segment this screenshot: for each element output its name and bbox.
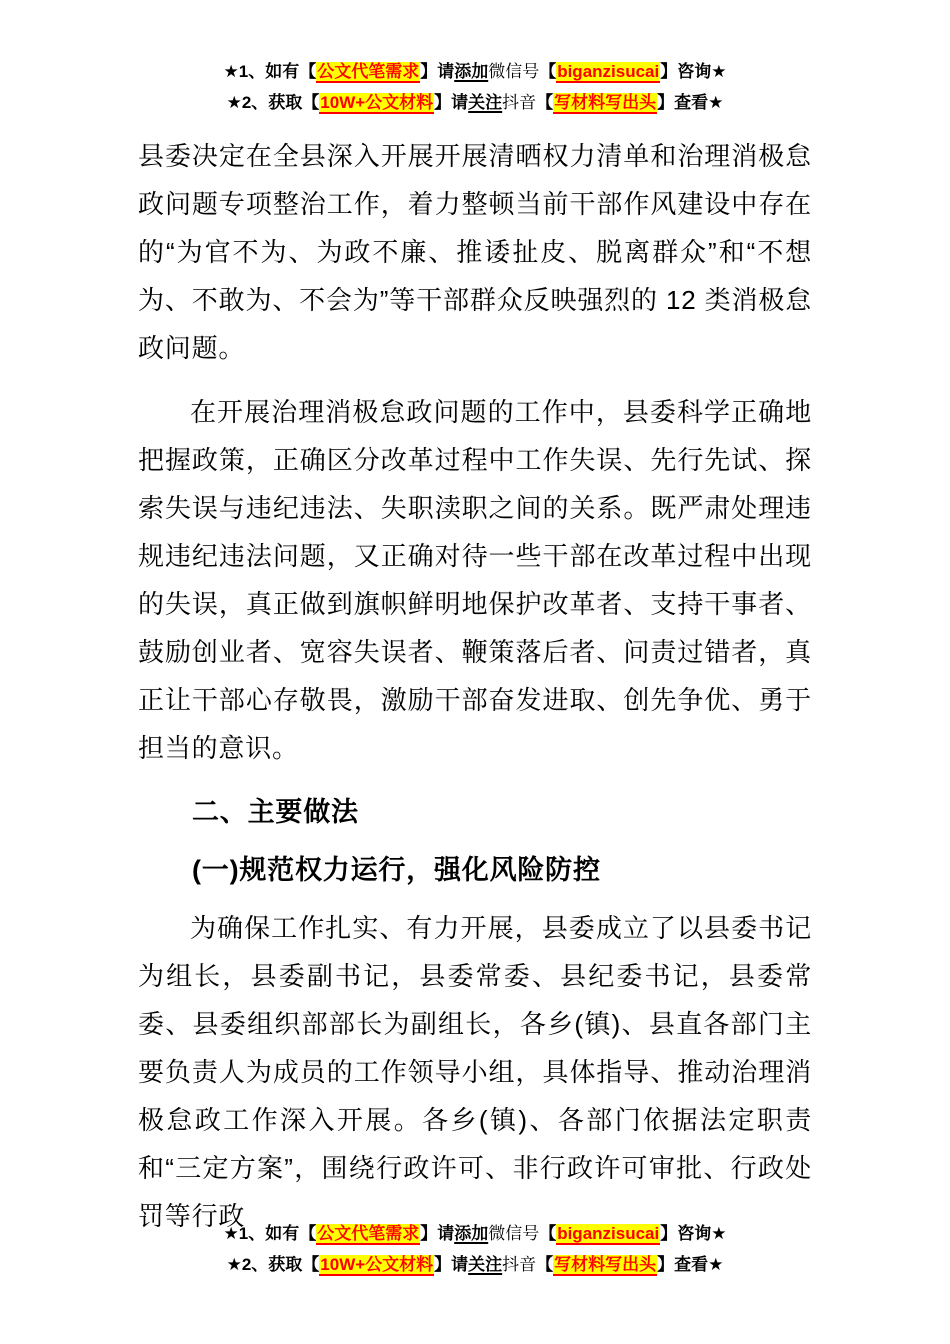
notice-text: 【 [536, 93, 553, 112]
header-notice: ★1、如有【公文代笔需求】请添加微信号【biganzisucai】咨询★★2、获… [0, 0, 950, 118]
notice-text: 】咨询★ [660, 62, 726, 81]
notice-text: 微信号 [488, 62, 539, 81]
highlighted-text: 写材料写出头 [553, 1255, 657, 1276]
notice-text: 添加 [454, 62, 488, 81]
notice-text: 抖音 [502, 93, 536, 112]
highlighted-text: 10W+公文材料 [319, 1255, 434, 1276]
notice-text: 】请 [434, 1255, 468, 1274]
notice-text: 】咨询★ [660, 1224, 726, 1243]
notice-text: 】查看★ [657, 93, 723, 112]
highlighted-text: 写材料写出头 [553, 93, 657, 114]
notice-line-2: ★2、获取【10W+公文材料】请关注抖音【写材料写出头】查看★ [0, 1249, 950, 1280]
paragraph: 县委决定在全县深入开展开展清晒权力清单和治理消极怠政问题专项整治工作，着力整顿当… [138, 132, 812, 372]
paragraph: 在开展治理消极怠政问题的工作中，县委科学正确地把握政策，正确区分改革过程中工作失… [138, 388, 812, 772]
section-heading: (一)规范权力运行，强化风险防控 [138, 846, 812, 894]
footer-notice: ★1、如有【公文代笔需求】请添加微信号【biganzisucai】咨询★★2、获… [0, 1218, 950, 1280]
highlighted-text: 10W+公文材料 [319, 93, 434, 114]
notice-text: ★1、如有【 [224, 62, 317, 81]
notice-text: 关注 [468, 93, 502, 112]
notice-text: 【 [539, 1224, 556, 1243]
notice-text: 】请 [420, 62, 454, 81]
notice-text: ★1、如有【 [224, 1224, 317, 1243]
notice-text: 添加 [454, 1224, 488, 1243]
notice-text: 【 [536, 1255, 553, 1274]
highlighted-text: 公文代笔需求 [316, 62, 420, 83]
notice-line-2: ★2、获取【10W+公文材料】请关注抖音【写材料写出头】查看★ [0, 87, 950, 118]
document-page: ★1、如有【公文代笔需求】请添加微信号【biganzisucai】咨询★★2、获… [0, 0, 950, 1344]
notice-text: 】请 [420, 1224, 454, 1243]
notice-text: 微信号 [488, 1224, 539, 1243]
section-heading: 二、主要做法 [138, 788, 812, 836]
notice-line-1: ★1、如有【公文代笔需求】请添加微信号【biganzisucai】咨询★ [0, 56, 950, 87]
notice-text: 】查看★ [657, 1255, 723, 1274]
document-body: 县委决定在全县深入开展开展清晒权力清单和治理消极怠政问题专项整治工作，着力整顿当… [138, 132, 812, 1240]
notice-text: ★2、获取【 [227, 93, 320, 112]
highlighted-text: 公文代笔需求 [316, 1224, 420, 1245]
notice-text: ★2、获取【 [227, 1255, 320, 1274]
notice-text: 抖音 [502, 1255, 536, 1274]
paragraph: 为确保工作扎实、有力开展，县委成立了以县委书记为组长，县委副书记，县委常委、县纪… [138, 904, 812, 1240]
notice-text: 【 [539, 62, 556, 81]
notice-text: 关注 [468, 1255, 502, 1274]
highlighted-text: biganzisucai [556, 62, 660, 83]
notice-line-1: ★1、如有【公文代笔需求】请添加微信号【biganzisucai】咨询★ [0, 1218, 950, 1249]
notice-text: 】请 [434, 93, 468, 112]
highlighted-text: biganzisucai [556, 1224, 660, 1245]
